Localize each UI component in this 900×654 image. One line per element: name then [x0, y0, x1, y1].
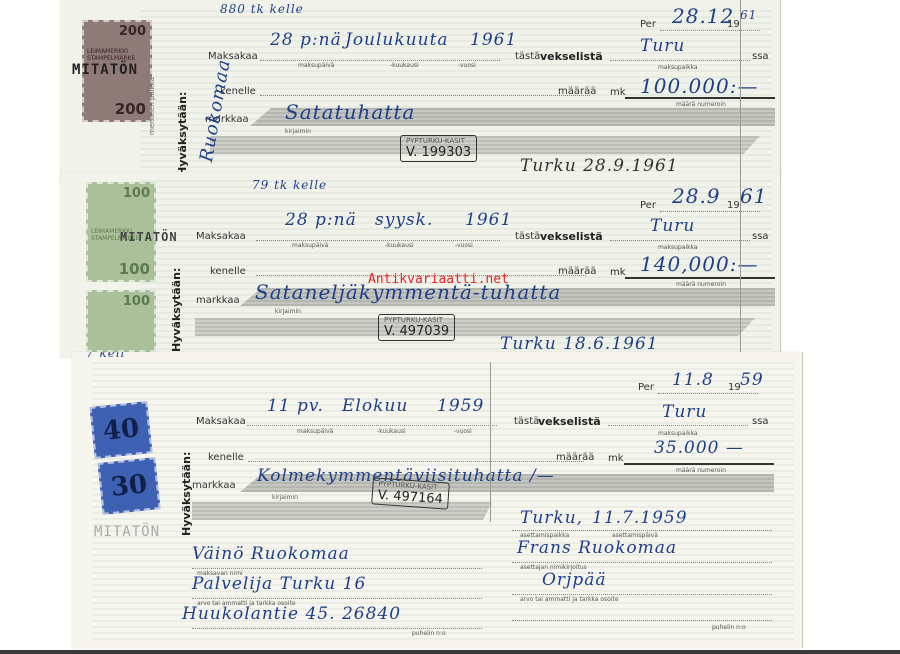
due-date-line: [660, 30, 760, 31]
bank-box-stamp: PYPTURKU-KASIT V. 199303: [400, 135, 477, 162]
payer-phone-line: [192, 628, 482, 629]
amount-num-sub: määrä numeroin: [676, 281, 726, 288]
cancel-stamp: MITATÖN: [94, 524, 160, 540]
place: Turu: [640, 36, 685, 56]
fold-line: [490, 362, 491, 522]
ssa-label: ssa: [752, 231, 769, 242]
bill-label: vekselistä: [540, 230, 603, 243]
revenue-stamp-40: 40: [89, 401, 152, 459]
in-letters-sub: kirjaimin: [285, 128, 311, 135]
from-this-label: tästä: [515, 51, 540, 62]
pay-line: [256, 240, 500, 241]
pay-day: 11 pv.: [267, 396, 324, 416]
box-stamp-bank: PYPTURKU-KASIT: [384, 316, 449, 324]
year-sub: -vuosi: [455, 242, 473, 249]
payer-phone-sub: puhelin n:o: [412, 630, 446, 637]
to-whom-line: [248, 461, 584, 462]
year-sub: -vuosi: [458, 62, 476, 69]
top-note: 880 tk kelle: [220, 2, 304, 16]
issue-place: Turku,: [520, 508, 583, 528]
pay-label: Maksakaa: [196, 416, 246, 427]
pay-month: Joulukuuta: [345, 30, 449, 50]
drawer-phone-sub: puhelin n:o: [712, 624, 746, 631]
place-sub: maksupaikka: [658, 430, 698, 437]
mk-label: mk: [610, 87, 626, 98]
amount-num-sub: määrä numeroin: [676, 467, 726, 474]
markkaa-label: markkaa: [196, 295, 240, 306]
per-label: Per: [640, 19, 656, 30]
from-this-label: tästä: [514, 416, 539, 427]
amount-words: Satatuhatta: [285, 100, 415, 124]
drawer-addr-sub: arvo tai ammatti ja tarkka osoite: [520, 596, 619, 603]
stamp-value: 200: [119, 24, 146, 39]
top-note: 79 tk kelle: [252, 178, 327, 192]
stamp-value: 100: [123, 294, 150, 309]
cancel-stamp: MITATÖN: [72, 62, 138, 78]
pay-month: Elokuu: [342, 396, 408, 416]
markkaa-label: markkaa: [192, 480, 236, 491]
due-date-line: [660, 211, 760, 212]
amount-num-line: [625, 277, 775, 279]
drawer-phone-line: [512, 620, 772, 621]
due-year: 61: [740, 8, 757, 22]
issue-date: 11.7.1959: [592, 508, 688, 528]
amount-label: määrää: [556, 452, 594, 463]
box-stamp-bank: PYPTURKU-KASIT: [406, 137, 471, 145]
per-label: Per: [638, 382, 654, 393]
pay-day: 28 p:nä: [285, 210, 357, 230]
due-date: 28.9: [672, 184, 721, 208]
century-label: 19: [727, 19, 740, 30]
accepted-label: Hyväksytään:: [176, 92, 189, 176]
box-stamp-number: V. 199303: [406, 145, 471, 160]
issue-line: [512, 530, 772, 531]
century-label: 19: [728, 382, 741, 393]
amount-label: määrää: [558, 266, 596, 277]
pay-day: 28 p:nä: [270, 30, 342, 50]
place-sub: maksupaikka: [658, 244, 698, 251]
second-strip: [210, 136, 760, 154]
due-date-line: [658, 393, 758, 394]
box-stamp-number: V. 497039: [384, 324, 449, 339]
accepted-label: Hyväksytään:: [180, 452, 193, 536]
pay-month: syysk.: [375, 210, 433, 230]
drawer-sig-line: [512, 562, 772, 563]
month-sub: -kuukausi: [385, 242, 414, 249]
pay-day-sub: maksupäivä: [292, 242, 328, 249]
century-label: 19: [727, 200, 740, 211]
to-whom-label: kenelle: [208, 452, 244, 463]
due-date: 11.8: [672, 370, 714, 390]
pay-label: Maksakaa: [196, 231, 246, 242]
drawer-signature: Frans Ruokomaa: [517, 538, 677, 558]
second-strip: [195, 318, 755, 336]
bill-label: vekselistä: [538, 415, 601, 428]
fold-line: [740, 0, 741, 182]
stamp-margin-label: merkkien paikka: [148, 77, 156, 135]
bank-box-stamp: PYPTURKU-KASIT V. 497039: [378, 314, 455, 341]
top-note: 7 kell: [86, 352, 126, 360]
due-date: 28.12: [672, 4, 734, 28]
amount-num-line: [624, 463, 774, 465]
pay-year: 1961: [465, 210, 512, 230]
place-line: [610, 240, 750, 241]
pay-day-sub: maksupäivä: [298, 62, 334, 69]
per-label: Per: [640, 200, 656, 211]
bill-of-exchange-2: 100 LEIMAMERKKI STAMPELMÄRKE 100 100 MIT…: [60, 172, 781, 358]
scan-edge: [0, 650, 900, 654]
mk-label: mk: [608, 453, 624, 464]
bill-label: vekselistä: [540, 50, 603, 63]
fold-line: [740, 172, 741, 358]
amount-number: 35.000 —: [654, 438, 744, 458]
ssa-label: ssa: [752, 51, 769, 62]
month-sub: -kuukausi: [390, 62, 419, 69]
mk-label: mk: [610, 267, 626, 278]
payer-address-1: Palvelija Turku 16: [192, 574, 366, 594]
in-letters-sub: kirjaimin: [275, 308, 301, 315]
pay-day-sub: maksupäivä: [297, 428, 333, 435]
month-sub: -kuukausi: [377, 428, 406, 435]
pay-line: [247, 425, 497, 426]
bank-box-stamp: PYPTURKU-KASIT V. 497164: [371, 477, 450, 509]
revenue-stamp-30: 30: [97, 457, 160, 515]
revenue-stamp-100: 100: [86, 290, 156, 352]
accepted-label: Hyväksytään:: [170, 268, 183, 352]
place: Turu: [662, 402, 707, 422]
year-sub: -vuosi: [454, 428, 472, 435]
pay-year: 1961: [470, 30, 517, 50]
from-this-label: tästä: [515, 231, 540, 242]
payer-address-2: Huukolantie 45. 26840: [182, 604, 401, 624]
place-line: [610, 60, 750, 61]
endorsement: Turku 18.6.1961: [500, 334, 659, 354]
place: Turu: [650, 216, 695, 236]
payer-name-line: [192, 568, 482, 569]
stamp-value: 200: [115, 100, 146, 118]
place-line: [608, 425, 748, 426]
watermark: Antikvariaatti.net: [368, 272, 509, 287]
due-year: 61: [740, 184, 767, 208]
cancel-stamp: MITATÖN: [120, 230, 178, 244]
payer-signature: Väinö Ruokomaa: [192, 544, 350, 564]
drawer-address: Orjpää: [542, 570, 607, 590]
in-letters-sub: kirjaimin: [272, 494, 298, 501]
pay-year: 1959: [437, 396, 484, 416]
amount-num-sub: määrä numeroin: [676, 101, 726, 108]
bill-of-exchange-3: 7 kell 40 30 MITATÖN Hyväksytään: Per 11…: [72, 352, 803, 648]
bill-of-exchange-1: 200 LEIMAMERKKI STAMPELMÄRKE 200 MITATÖN…: [60, 0, 781, 182]
ssa-label: ssa: [752, 416, 769, 427]
place-sub: maksupaikka: [658, 64, 698, 71]
due-year: 59: [740, 370, 764, 390]
stamp-value: 100: [119, 260, 150, 278]
box-stamp-number: V. 497164: [377, 488, 443, 508]
amount-label: määrää: [558, 86, 596, 97]
drawer-addr-line: [512, 594, 772, 595]
pay-line: [260, 60, 500, 61]
payer-addr-line: [192, 598, 482, 599]
stamp-value: 100: [123, 186, 150, 201]
stamp-label: LEIMAMERKKI STAMPELMÄRKE: [87, 48, 150, 62]
to-whom-line: [260, 95, 590, 96]
to-whom-label: kenelle: [210, 266, 246, 277]
